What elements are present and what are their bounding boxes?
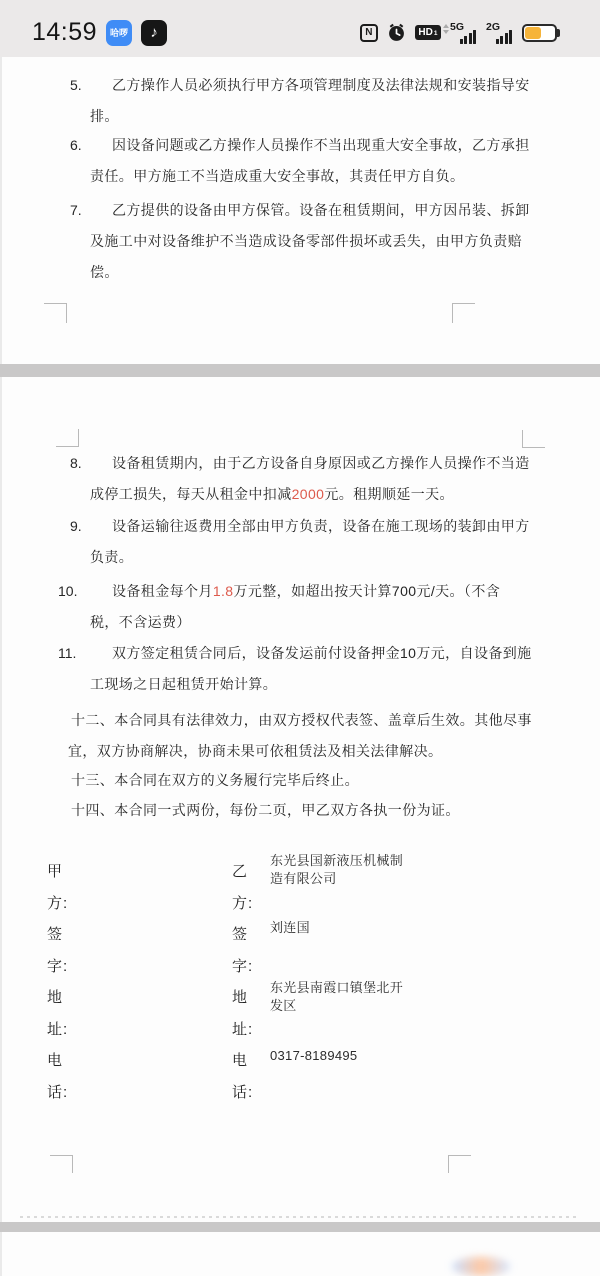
clause-number: 6.: [70, 130, 82, 161]
clause-text-line: 设备运输往返费用全部由甲方负责，设备在施工现场的装卸由甲方: [90, 511, 530, 542]
hd-sub-label: 1: [434, 31, 438, 38]
clause-text-line: 十四、本合同一式两份，每份二页，甲乙双方各执一份为证。: [68, 795, 460, 826]
page-corner-mark: [452, 303, 475, 323]
label-char: 地: [232, 982, 253, 1014]
screen-edge-shadow: [0, 57, 2, 1276]
label-char: 方:: [232, 888, 253, 920]
signal-bars-icon: [460, 30, 477, 44]
clause-5: 5. 乙方操作人员必须执行甲方各项管理制度及法律法规和安装指导安 排。: [90, 70, 530, 132]
clause-number: 8.: [70, 448, 82, 479]
signal-sim2-2g-icon: 2G: [486, 21, 513, 45]
clause-text-line: 成停工损失，每天从租金中扣减2000元。租期顺延一天。: [90, 479, 530, 510]
clause-number: 10.: [58, 576, 77, 607]
clause-number: 5.: [70, 70, 82, 101]
hd-label: HD: [418, 28, 432, 38]
page-corner-mark: [448, 1155, 471, 1173]
highlighted-amount: 1.8: [213, 583, 234, 599]
label-char: 电: [47, 1045, 68, 1077]
clause-text-line: 宜，双方协商解决，协商未果可依租赁法及相关法律解决。: [68, 736, 532, 767]
page-separator-band: [0, 1222, 600, 1232]
label-char: 地: [47, 982, 68, 1014]
label-char: 话:: [232, 1077, 253, 1109]
label-char: 址:: [232, 1014, 253, 1046]
signal-bars-icon: [496, 30, 513, 44]
battery-icon: [522, 24, 557, 42]
party-b-address: 东光县南霞口镇堡北开 发区: [270, 979, 403, 1015]
clause-text-line: 十二、本合同具有法律效力，由双方授权代表签、盖章后生效。其他尽事: [68, 705, 532, 736]
label-char: 方:: [47, 888, 68, 920]
address-line: 发区: [270, 997, 403, 1015]
clause-text: 万元整，如超出按天计算700元/天。（不含: [233, 583, 500, 599]
clause-text-line: 乙方提供的设备由甲方保管。设备在租赁期间，甲方因吊装、拆卸: [90, 195, 530, 226]
label-char: 字:: [232, 951, 253, 983]
clause-text: 成停工损失，每天从租金中扣减: [90, 486, 292, 502]
clause-text: 元。租期顺延一天。: [324, 486, 454, 502]
clause-text-line: 工现场之日起租赁开始计算。: [90, 669, 532, 700]
douyin-app-notification-icon: ♪: [141, 20, 167, 46]
clause-text-line: 偿。: [90, 257, 530, 288]
clause-10: 10. 设备租金每个月1.8万元整，如超出按天计算700元/天。（不含 税，不含…: [90, 576, 500, 638]
party-b-signer: 刘连国: [270, 919, 310, 937]
clause-11: 11. 双方签定租赁合同后，设备发运前付设备押金10万元，自设备到施 工现场之日…: [90, 638, 532, 700]
clause-7: 7. 乙方提供的设备由甲方保管。设备在租赁期间，甲方因吊装、拆卸 及施工中对设备…: [90, 195, 530, 288]
party-b-company: 东光县国新液压机械制 造有限公司: [270, 852, 403, 888]
clause-6: 6. 因设备问题或乙方操作人员操作不当出现重大安全事故，乙方承担 责任。甲方施工…: [90, 130, 530, 192]
nfc-icon: N: [360, 24, 378, 42]
page-corner-mark: [44, 303, 67, 323]
clause-number: 9.: [70, 511, 82, 542]
hd-voice-icon: HD1: [415, 25, 441, 40]
clause-8: 8. 设备租赁期内，由于乙方设备自身原因或乙方操作人员操作不当造 成停工损失，每…: [90, 448, 530, 510]
clause-text-line: 责任。甲方施工不当造成重大安全事故，其责任甲方自负。: [90, 161, 530, 192]
clause-text-line: 双方签定租赁合同后，设备发运前付设备押金10万元，自设备到施: [90, 638, 532, 669]
clause-number: 7.: [70, 195, 82, 226]
label-char: 乙: [232, 856, 253, 888]
company-line: 东光县国新液压机械制: [270, 852, 403, 870]
phone-number: 0317-8189495: [270, 1047, 357, 1065]
address-line: 东光县南霞口镇堡北开: [270, 979, 403, 997]
signer-name: 刘连国: [270, 919, 310, 937]
party-b-phone: 0317-8189495: [270, 1047, 357, 1065]
clause-13: 十三、本合同在双方的义务履行完毕后终止。: [68, 765, 359, 796]
clause-text-line: 排。: [90, 101, 530, 132]
clause-text: 设备租金每个月: [112, 583, 213, 599]
status-bar: 14:59 哈啰 ♪ N HD1 5G 2G: [0, 0, 600, 57]
clause-text-line: 设备租金每个月1.8万元整，如超出按天计算700元/天。（不含: [90, 576, 500, 607]
status-bar-left: 14:59 哈啰 ♪: [32, 18, 167, 47]
party-b-labels: 乙 方: 签 字: 地 址: 电 话:: [232, 856, 253, 1108]
party-a-labels: 甲 方: 签 字: 地 址: 电 话:: [47, 856, 68, 1108]
label-char: 签: [47, 919, 68, 951]
clause-text-line: 负责。: [90, 542, 530, 573]
clause-9: 9. 设备运输往返费用全部由甲方负责，设备在施工现场的装卸由甲方 负责。: [90, 511, 530, 573]
page-corner-mark: [522, 430, 545, 448]
clause-12: 十二、本合同具有法律效力，由双方授权代表签、盖章后生效。其他尽事 宜，双方协商解…: [68, 705, 532, 767]
battery-fill: [525, 27, 541, 39]
label-char: 签: [232, 919, 253, 951]
label-char: 字:: [47, 951, 68, 983]
status-bar-right: N HD1 5G 2G: [360, 21, 557, 45]
hello-app-notification-icon: 哈啰: [106, 20, 132, 46]
page-separator-band: [0, 364, 600, 377]
clause-text-line: 税，不含运费）: [90, 607, 500, 638]
clause-text-line: 及施工中对设备维护不当造成设备零部件损坏或丢失，由甲方负责赔: [90, 226, 530, 257]
label-char: 址:: [47, 1014, 68, 1046]
clause-text-line: 十三、本合同在双方的义务履行完毕后终止。: [68, 765, 359, 796]
label-char: 话:: [47, 1077, 68, 1109]
clause-text-line: 乙方操作人员必须执行甲方各项管理制度及法律法规和安装指导安: [90, 70, 530, 101]
clause-number: 11.: [58, 638, 76, 669]
clause-14: 十四、本合同一式两份，每份二页，甲乙双方各执一份为证。: [68, 795, 460, 826]
data-arrows-icon: [443, 24, 449, 34]
signal-sim1-5g-icon: 5G: [450, 21, 477, 45]
page-edge-dotted-line: [20, 1216, 580, 1218]
highlighted-amount: 2000: [292, 486, 325, 502]
clause-text-line: 因设备问题或乙方操作人员操作不当出现重大安全事故，乙方承担: [90, 130, 530, 161]
clock-time: 14:59: [32, 18, 97, 47]
stamp-smudge: [452, 1257, 510, 1276]
label-char: 电: [232, 1045, 253, 1077]
label-char: 甲: [47, 856, 68, 888]
alarm-clock-icon: [387, 23, 406, 42]
page-corner-mark: [50, 1155, 73, 1173]
page-corner-mark: [56, 429, 79, 447]
clause-text-line: 设备租赁期内，由于乙方设备自身原因或乙方操作人员操作不当造: [90, 448, 530, 479]
music-note-icon: ♪: [150, 25, 158, 40]
company-line: 造有限公司: [270, 870, 403, 888]
